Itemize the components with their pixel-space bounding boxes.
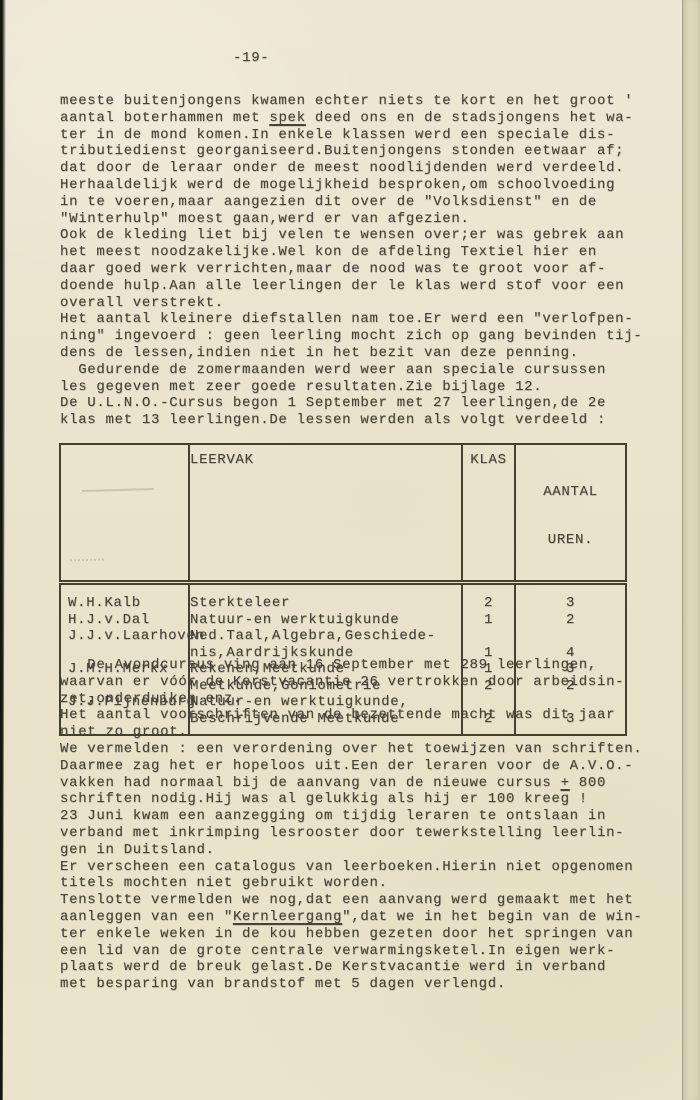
text-line: Herhaaldelijk werd de mogelijkheid bespr…	[60, 177, 643, 194]
text-line: ning" ingevoerd : geen leerling mocht zi…	[60, 328, 643, 345]
header-aantal-uren: AANTAL UREN.	[515, 444, 626, 583]
text-line: "Winterhulp" moest gaan,werd er van afge…	[60, 211, 643, 228]
text-line: aanleggen van een "Kernleergang",dat we …	[60, 909, 643, 926]
cell-teacher: W.H.Kalb	[60, 583, 189, 612]
header-uren-line2: UREN.	[516, 532, 625, 548]
table-row: W.H.KalbSterkteleer23	[60, 583, 626, 612]
text-line: niet zo groot.	[60, 724, 643, 741]
header-teacher-empty	[60, 444, 189, 583]
scanned-page: -19- meeste buitenjongens kwamen echter …	[0, 0, 700, 1100]
text-line: klas met 13 leerlingen.De lessen werden …	[60, 412, 643, 429]
cell-uren: 3	[515, 583, 626, 612]
text-line: daar goed werk verrichten,maar de nood w…	[60, 261, 643, 278]
text-line: waarvan er vóór de Kerstvacantie 26 vert…	[60, 674, 643, 691]
text-line: les gegeven met zeer goede resultaten.Zi…	[60, 379, 643, 396]
cell-subject: Sterkteleer	[189, 583, 462, 612]
text-line: dat door de leraar onder de meest noodli…	[60, 160, 643, 177]
text-line: Het aantal voorschriften van de bezetten…	[60, 707, 643, 724]
cell-uren	[515, 628, 626, 645]
text-line: Ook de kleding liet bij velen te wensen …	[60, 227, 643, 244]
text-line: Tenslotte vermelden we nog,dat een aanva…	[60, 892, 643, 909]
text-line: overall verstrekt.	[60, 295, 643, 312]
text-line: een lid van de grote centrale verwarming…	[60, 943, 643, 960]
cell-subject: Natuur-en werktuigkunde	[189, 612, 462, 629]
text-line: ter enkele weken in de kou hebben gezete…	[60, 926, 643, 943]
text-line: Er verscheen een catalogus van leerboeke…	[60, 859, 643, 876]
text-line: gen in Duitsland.	[60, 842, 643, 859]
header-aantal-line1: AANTAL	[516, 484, 625, 500]
text-line: De Avondcursus ving aan 16 September met…	[60, 657, 643, 674]
text-line: We vermelden : een verordening over het …	[60, 741, 643, 758]
table-row: H.J.v.DalNatuur-en werktuigkunde12	[60, 612, 626, 629]
cell-teacher: J.J.v.Laarhoven	[60, 628, 189, 645]
text-line: dens de lessen,indien niet in het bezit …	[60, 345, 643, 362]
cell-subject: Ned.Taal,Algebra,Geschiede-	[189, 628, 462, 645]
text-line: plaats werd de breuk gelast.De Kerstvaca…	[60, 959, 643, 976]
text-line: in te voeren,maar aangezien dit over de …	[60, 194, 643, 211]
text-line: met besparing van brandstof met 5 dagen …	[60, 976, 643, 993]
paragraph-block-2: De Avondcursus ving aan 16 September met…	[60, 657, 643, 993]
text-line: het meest noodzakelijke.Wel kon de afdel…	[60, 244, 643, 261]
scan-edge-left	[0, 0, 6, 1100]
header-klas: KLAS	[462, 444, 515, 583]
text-line: Gedurende de zomermaanden werd weer aan …	[60, 362, 643, 379]
text-line: schriften nodig.Hij was al gelukkig als …	[60, 791, 643, 808]
text-line: tributiedienst georganiseerd.Buitenjonge…	[60, 143, 643, 160]
cell-klas	[462, 628, 515, 645]
text-line: ter in de mond komen.In enkele klassen w…	[60, 127, 643, 144]
text-line: Daarmee zag het er hopeloos uit.Een der …	[60, 758, 643, 775]
text-line: De U.L.N.O.-Cursus begon 1 September met…	[60, 395, 643, 412]
cell-klas: 2	[462, 583, 515, 612]
text-line: 23 Juni kwam een aanzegging om tijdig le…	[60, 808, 643, 825]
page-number: -19-	[233, 50, 269, 66]
text-line: aantal boterhammen met spek deed ons en …	[60, 110, 643, 127]
text-line: verband met inkrimping lesrooster door t…	[60, 825, 643, 842]
text-line: zet,onderduiken enz.	[60, 691, 643, 708]
cell-klas: 1	[462, 612, 515, 629]
table-row: J.J.v.LaarhovenNed.Taal,Algebra,Geschied…	[60, 628, 626, 645]
text-line: vakken had normaal bij de aanvang van de…	[60, 775, 643, 792]
header-leervak: LEERVAK	[189, 444, 462, 583]
text-line: meeste buitenjongens kwamen echter niets…	[60, 93, 643, 110]
cell-teacher: H.J.v.Dal	[60, 612, 189, 629]
page-edge-right	[682, 0, 700, 1100]
text-line: titels mochten niet gebruikt worden.	[60, 875, 643, 892]
paragraph-block-1: meeste buitenjongens kwamen echter niets…	[60, 93, 643, 429]
cell-uren: 2	[515, 612, 626, 629]
text-line: doende hulp.Aan alle leerlingen der le k…	[60, 278, 643, 295]
text-line: Het aantal kleinere diefstallen nam toe.…	[60, 311, 643, 328]
table-header-row: LEERVAK KLAS AANTAL UREN.	[60, 444, 626, 583]
